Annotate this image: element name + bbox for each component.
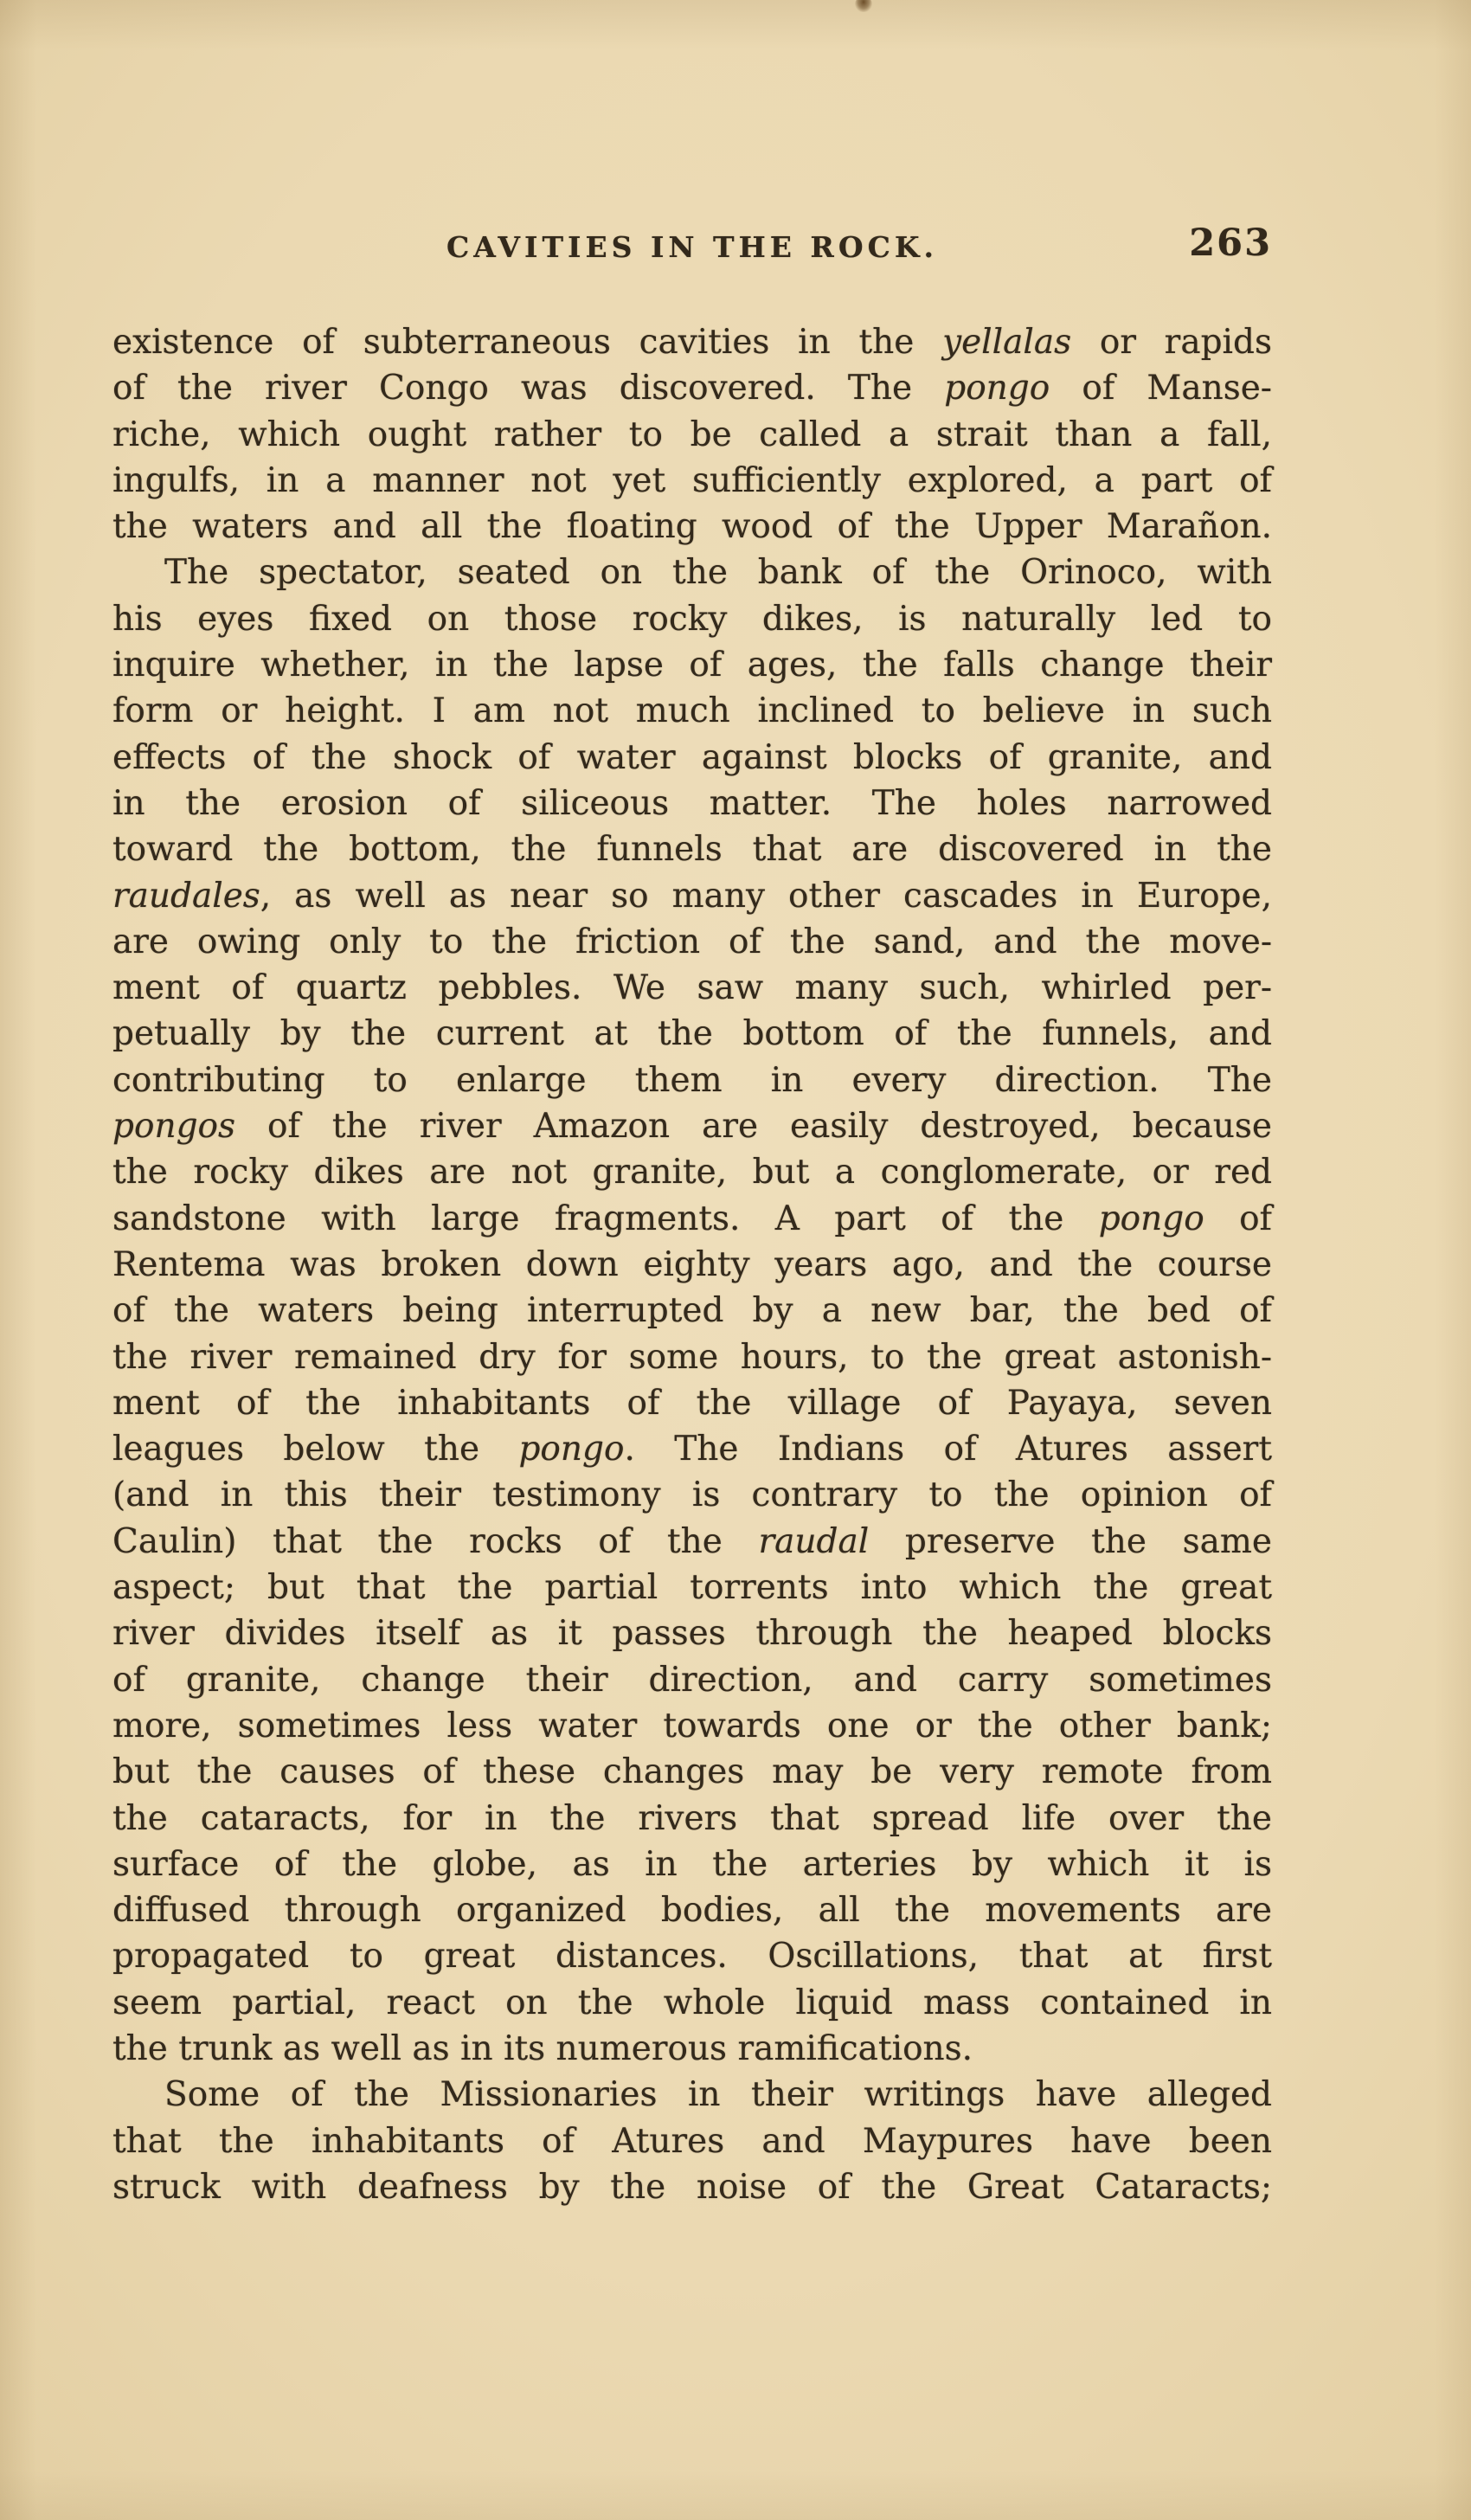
text-line: toward the bottom, the funnels that are … bbox=[112, 826, 1272, 872]
body-text: but the causes of these changes may be v… bbox=[112, 1752, 1272, 1791]
text-line: raudales, as well as near so many other … bbox=[112, 873, 1272, 919]
body-text: struck with deafness by the noise of the… bbox=[112, 2168, 1272, 2207]
body-text: . The Indians of Atures assert bbox=[624, 1430, 1272, 1469]
body-text: (and in this their testimony is contrary… bbox=[112, 1475, 1272, 1514]
text-line: ingulfs, in a manner not yet sufficientl… bbox=[112, 458, 1272, 504]
text-line: surface of the globe, as in the arteries… bbox=[112, 1842, 1272, 1887]
text-line: the rocky dikes are not granite, but a c… bbox=[112, 1149, 1272, 1195]
header-title: CAVITIES IN THE ROCK. bbox=[112, 230, 1272, 264]
body-text: the waters and all the floating wood of … bbox=[112, 507, 1272, 546]
body-text: his eyes fixed on those rocky dikes, is … bbox=[112, 600, 1272, 639]
text-line: contributing to enlarge them in every di… bbox=[112, 1057, 1272, 1103]
text-line: but the causes of these changes may be v… bbox=[112, 1749, 1272, 1795]
body-text: The spectator, seated on the bank of the… bbox=[164, 553, 1272, 592]
body-text: of Manse- bbox=[1050, 369, 1272, 408]
body-text: toward the bottom, the funnels that are … bbox=[112, 830, 1272, 869]
body-text: of the river Congo was discovered. The bbox=[112, 369, 944, 408]
body-text: effects of the shock of water against bl… bbox=[112, 738, 1272, 777]
body-text: ment of the inhabitants of the village o… bbox=[112, 1384, 1272, 1423]
body-text: contributing to enlarge them in every di… bbox=[112, 1061, 1272, 1100]
body-text: seem partial, react on the whole liquid … bbox=[112, 1983, 1272, 2022]
text-line: the cataracts, for in the rivers that sp… bbox=[112, 1796, 1272, 1842]
body-text: propagated to great distances. Oscillati… bbox=[112, 1937, 1272, 1976]
text-line: are owing only to the friction of the sa… bbox=[112, 919, 1272, 965]
text-line: his eyes fixed on those rocky dikes, is … bbox=[112, 596, 1272, 642]
text-line: propagated to great distances. Oscillati… bbox=[112, 1933, 1272, 1979]
text-line: riche, which ought rather to be called a… bbox=[112, 412, 1272, 458]
text-line: pongos of the river Amazon are easily de… bbox=[112, 1103, 1272, 1149]
ink-speck bbox=[855, 0, 872, 12]
text-line: river divides itself as it passes throug… bbox=[112, 1610, 1272, 1656]
body-text: form or height. I am not much inclined t… bbox=[112, 691, 1272, 730]
body-text: leagues below the bbox=[112, 1430, 518, 1469]
running-header: CAVITIES IN THE ROCK. 263 bbox=[112, 222, 1272, 277]
body-text: petually by the current at the bottom of… bbox=[112, 1014, 1272, 1053]
body-text: the trunk as well as in its numerous ram… bbox=[112, 2029, 973, 2068]
text-line: leagues below the pongo. The Indians of … bbox=[112, 1426, 1272, 1472]
text-line: that the inhabitants of Atures and Maypu… bbox=[112, 2118, 1272, 2164]
page-number: 263 bbox=[1189, 222, 1272, 265]
text-line: diffused through organized bodies, all t… bbox=[112, 1887, 1272, 1933]
text-line: more, sometimes less water towards one o… bbox=[112, 1703, 1272, 1749]
body-text: the cataracts, for in the rivers that sp… bbox=[112, 1799, 1272, 1838]
text-block: existence of subterraneous cavities in t… bbox=[112, 319, 1272, 2210]
italic-text: pongo bbox=[518, 1430, 624, 1469]
italic-text: raudales bbox=[112, 877, 260, 916]
body-text: more, sometimes less water towards one o… bbox=[112, 1707, 1272, 1745]
body-text: , as well as near so many other cascades… bbox=[260, 877, 1272, 916]
body-text: ment of quartz pebbles. We saw many such… bbox=[112, 968, 1272, 1007]
body-text: of bbox=[1204, 1199, 1272, 1238]
text-line: ment of the inhabitants of the village o… bbox=[112, 1380, 1272, 1426]
text-line: the waters and all the floating wood of … bbox=[112, 504, 1272, 550]
body-text: of the river Amazon are easily destroyed… bbox=[235, 1107, 1272, 1146]
body-text: in the erosion of siliceous matter. The … bbox=[112, 784, 1272, 823]
text-line: effects of the shock of water against bl… bbox=[112, 735, 1272, 781]
paragraph: Some of the Missionaries in their writin… bbox=[112, 2072, 1272, 2210]
body-text: diffused through organized bodies, all t… bbox=[112, 1891, 1272, 1930]
italic-text: pongos bbox=[112, 1107, 235, 1146]
body-text: inquire whether, in the lapse of ages, t… bbox=[112, 646, 1272, 685]
text-line: form or height. I am not much inclined t… bbox=[112, 688, 1272, 734]
text-line: Some of the Missionaries in their writin… bbox=[112, 2072, 1272, 2118]
text-line: aspect; but that the partial torrents in… bbox=[112, 1565, 1272, 1610]
text-line: of the river Congo was discovered. The p… bbox=[112, 365, 1272, 411]
text-line: of granite, change their direction, and … bbox=[112, 1657, 1272, 1703]
book-page-scan: CAVITIES IN THE ROCK. 263 existence of s… bbox=[0, 0, 1471, 2520]
body-text: sandstone with large fragments. A part o… bbox=[112, 1199, 1099, 1238]
body-text: the rocky dikes are not granite, but a c… bbox=[112, 1153, 1272, 1192]
text-line: seem partial, react on the whole liquid … bbox=[112, 1980, 1272, 2026]
text-line: existence of subterraneous cavities in t… bbox=[112, 319, 1272, 365]
text-line: (and in this their testimony is contrary… bbox=[112, 1472, 1272, 1518]
paragraph: The spectator, seated on the bank of the… bbox=[112, 550, 1272, 2072]
text-line: petually by the current at the bottom of… bbox=[112, 1011, 1272, 1057]
text-line: Caulin) that the rocks of the raudal pre… bbox=[112, 1519, 1272, 1565]
italic-text: pongo bbox=[944, 369, 1050, 408]
text-line: ment of quartz pebbles. We saw many such… bbox=[112, 965, 1272, 1011]
body-text: Caulin) that the rocks of the bbox=[112, 1522, 759, 1561]
text-line: the trunk as well as in its numerous ram… bbox=[112, 2026, 1272, 2072]
body-text: river divides itself as it passes throug… bbox=[112, 1614, 1272, 1653]
text-line: struck with deafness by the noise of the… bbox=[112, 2164, 1272, 2210]
body-text: of granite, change their direction, and … bbox=[112, 1661, 1272, 1700]
body-text: that the inhabitants of Atures and Maypu… bbox=[112, 2122, 1272, 2161]
body-text: aspect; but that the partial torrents in… bbox=[112, 1568, 1272, 1607]
text-line: in the erosion of siliceous matter. The … bbox=[112, 781, 1272, 826]
body-text: are owing only to the friction of the sa… bbox=[112, 922, 1272, 961]
body-text: Rentema was broken down eighty years ago… bbox=[112, 1245, 1272, 1284]
text-line: the river remained dry for some hours, t… bbox=[112, 1334, 1272, 1380]
body-text: of the waters being interrupted by a new… bbox=[112, 1291, 1272, 1330]
body-text: Some of the Missionaries in their writin… bbox=[164, 2075, 1272, 2114]
text-line: inquire whether, in the lapse of ages, t… bbox=[112, 642, 1272, 688]
text-line: sandstone with large fragments. A part o… bbox=[112, 1196, 1272, 1242]
body-text: or rapids bbox=[1071, 323, 1272, 362]
italic-text: pongo bbox=[1099, 1199, 1204, 1238]
text-line: Rentema was broken down eighty years ago… bbox=[112, 1242, 1272, 1288]
body-text: existence of subterraneous cavities in t… bbox=[112, 323, 942, 362]
body-text: surface of the globe, as in the arteries… bbox=[112, 1845, 1272, 1884]
text-line: The spectator, seated on the bank of the… bbox=[112, 550, 1272, 595]
body-text: riche, which ought rather to be called a… bbox=[112, 415, 1272, 454]
body-text: ingulfs, in a manner not yet sufficientl… bbox=[112, 461, 1272, 500]
body-text: preserve the same bbox=[869, 1522, 1272, 1561]
italic-text: yellalas bbox=[942, 323, 1071, 362]
text-line: of the waters being interrupted by a new… bbox=[112, 1288, 1272, 1334]
italic-text: raudal bbox=[759, 1522, 870, 1561]
paragraph: existence of subterraneous cavities in t… bbox=[112, 319, 1272, 550]
body-text: the river remained dry for some hours, t… bbox=[112, 1338, 1272, 1377]
